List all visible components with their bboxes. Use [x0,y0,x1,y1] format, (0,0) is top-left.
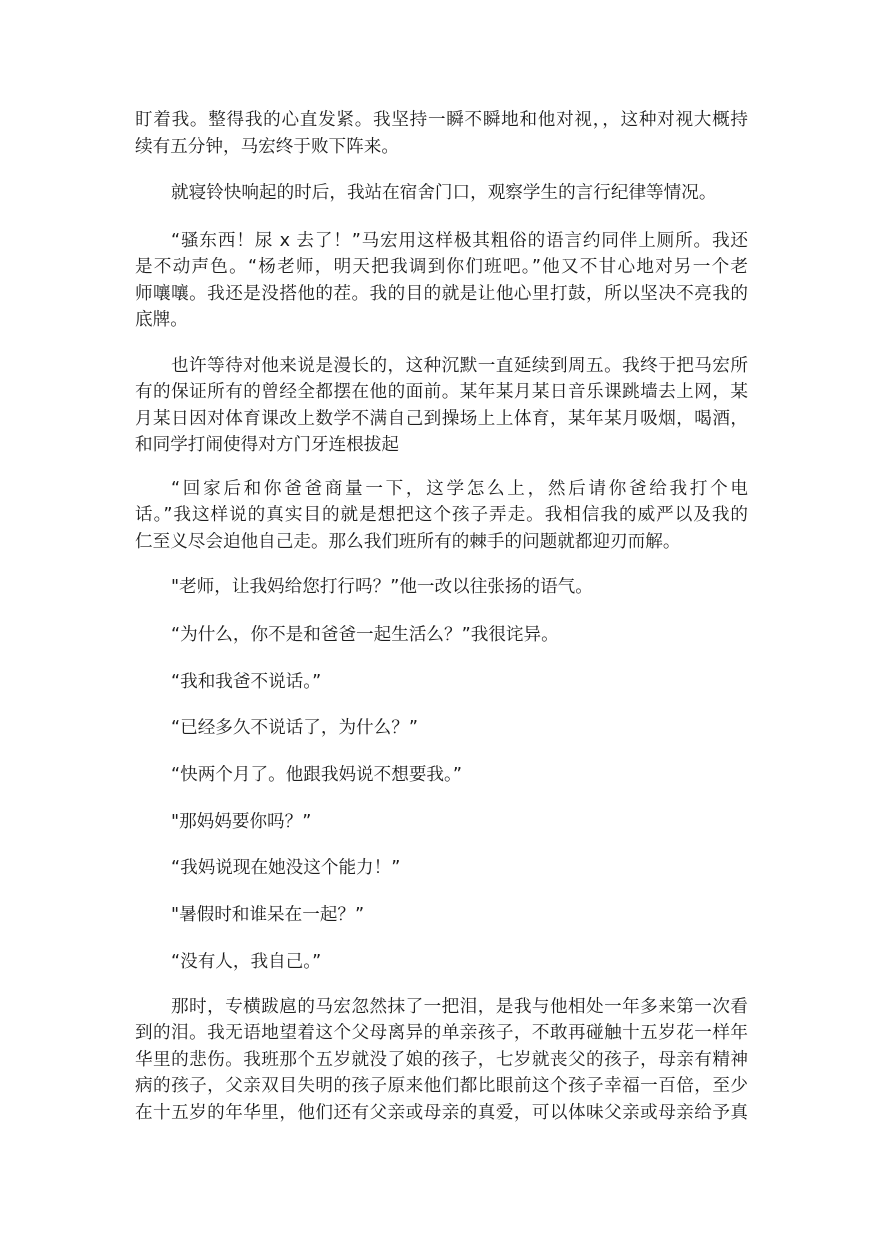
text-line: “快两个月了。他跟我妈说不想要我。” [135,762,748,789]
text-line: 和同学打闹使得对方门牙连根拔起 [135,432,748,459]
paragraph: 也许等待对他来说是漫长的，这种沉默一直延续到周五。我终于把马宏所 有的保证所有的… [135,353,748,459]
text-line: “没有人，我自己。” [135,949,748,976]
paragraph: “回家后和你爸爸商量一下，这学怎么上，然后请你爸给我打个电 话。”我这样说的真实… [135,476,748,556]
text-line: “我和我爸不说话。” [135,669,748,696]
dialogue-line: “为什么，你不是和爸爸一起生活么？”我很诧异。 [135,622,748,649]
text-line: "那妈妈要你吗？” [135,809,748,836]
dialogue-line: "那妈妈要你吗？” [135,809,748,836]
text-line: 仁至义尽会迫他自己走。那么我们班所有的棘手的问题就都迎刃而解。 [135,529,748,556]
text-line: 是不动声色。“杨老师，明天把我调到你们班吧。”他又不甘心地对另一个老 [135,254,748,281]
text-line: 有的保证所有的曾经全都摆在他的面前。某年某月某日音乐课跳墙去上网，某 [135,379,748,406]
paragraph: 盯着我。整得我的心直发紧。我坚持一瞬不瞬地和他对视，，这种对视大概持 续有五分钟… [135,107,748,160]
dialogue-line: "暑假时和谁呆在一起？” [135,902,748,929]
text-line: 续有五分钟，马宏终于败下阵来。 [135,134,748,161]
text-line: 也许等待对他来说是漫长的，这种沉默一直延续到周五。我终于把马宏所 [135,353,748,380]
text-line: 在十五岁的年华里，他们还有父亲或母亲的真爱，可以体味父亲或母亲给予真 [135,1100,748,1127]
text-line: 病的孩子，父亲双目失明的孩子原来他们都比眼前这个孩子幸福一百倍，至少 [135,1073,748,1100]
text-line: “我妈说现在她没这个能力！” [135,855,748,882]
paragraph: “骚东西！尿 x 去了！”马宏用这样极其粗俗的语言约同伴上厕所。我还 是不动声色… [135,228,748,334]
dialogue-line: “已经多久不说话了，为什么？” [135,715,748,742]
text-line: "暑假时和谁呆在一起？” [135,902,748,929]
text-line: 那时，专横跋扈的马宏忽然抹了一把泪，是我与他相处一年多来第一次看 [135,994,748,1021]
text-line: 盯着我。整得我的心直发紧。我坚持一瞬不瞬地和他对视，，这种对视大概持 [135,107,748,134]
text-line: “已经多久不说话了，为什么？” [135,715,748,742]
text-line: 底牌。 [135,307,748,334]
dialogue-line: “快两个月了。他跟我妈说不想要我。” [135,762,748,789]
document-page: 盯着我。整得我的心直发紧。我坚持一瞬不瞬地和他对视，，这种对视大概持 续有五分钟… [0,0,884,1250]
dialogue-line: “我妈说现在她没这个能力！” [135,855,748,882]
text-line: “回家后和你爸爸商量一下，这学怎么上，然后请你爸给我打个电 [135,476,748,503]
text-line: 师嚷嚷。我还是没搭他的茬。我的目的就是让他心里打鼓，所以坚决不亮我的 [135,281,748,308]
text-line: “骚东西！尿 x 去了！”马宏用这样极其粗俗的语言约同伴上厕所。我还 [135,228,748,255]
dialogue-line: "老师，让我妈给您打行吗？”他一改以往张扬的语气。 [135,574,748,601]
text-line: “为什么，你不是和爸爸一起生活么？”我很诧异。 [135,622,748,649]
paragraph: 就寝铃快响起的时后，我站在宿舍门口，观察学生的言行纪律等情况。 [135,180,748,207]
text-line: 就寝铃快响起的时后，我站在宿舍门口，观察学生的言行纪律等情况。 [135,180,748,207]
text-line: 到的泪。我无语地望着这个父母离异的单亲孩子，不敢再碰触十五岁花一样年 [135,1020,748,1047]
text-line: 月某日因对体育课改上数学不满自己到操场上上体育，某年某月吸烟，喝酒， [135,406,748,433]
text-line: 华里的悲伤。我班那个五岁就没了娘的孩子，七岁就丧父的孩子，母亲有精神 [135,1047,748,1074]
text-line: 话。”我这样说的真实目的就是想把这个孩子弄走。我相信我的威严以及我的 [135,502,748,529]
paragraph: 那时，专横跋扈的马宏忽然抹了一把泪，是我与他相处一年多来第一次看 到的泪。我无语… [135,994,748,1127]
dialogue-line: “没有人，我自己。” [135,949,748,976]
dialogue-line: “我和我爸不说话。” [135,669,748,696]
text-line: "老师，让我妈给您打行吗？”他一改以往张扬的语气。 [135,574,748,601]
